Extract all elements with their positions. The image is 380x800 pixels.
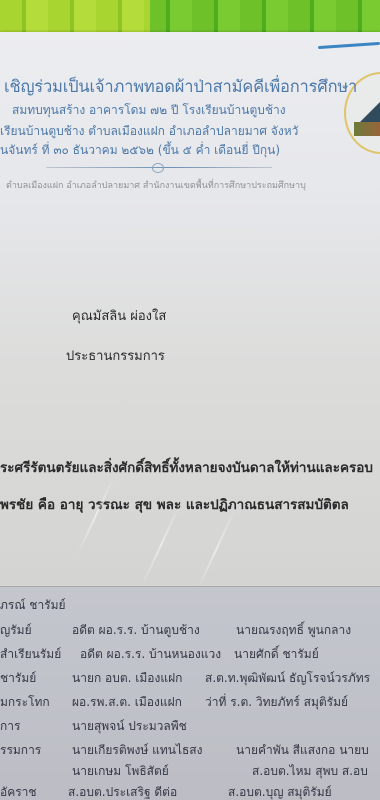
committee-cell: นายสุพจน์ ประมวลพืช (72, 717, 187, 736)
divider-ornament-icon (152, 163, 164, 173)
committee-row: การ นายสุพจน์ ประมวลพืช (0, 717, 380, 739)
committee-cell: นายเกียรติพงษ์ แทนไธสง (72, 741, 203, 760)
invitation-date: นจันทร์ ที่ ๓๐ ธันวาคม ๒๕๖๒ (ขึ้น ๕ ค่ำ … (0, 141, 280, 160)
committee-cell: อัคราช (0, 783, 37, 800)
committee-row: รรมการ นายเกียรติพงษ์ แทนไธสง นายคำพัน ส… (0, 741, 380, 763)
committee-cell: ว่าที่ ร.ต. วิทยภัทร์ สมุติรัมย์ (205, 693, 348, 712)
committee-row: นายเกษม โพธิสัตย์ ส.อบต.ไหม สุพบ ส.อบ (0, 762, 380, 784)
invitation-subtitle: สมทบทุนสร้าง อาคารโดม ๗๒ ปี โรงเรียนบ้าน… (12, 101, 286, 120)
committee-cell: การ (0, 717, 20, 736)
committee-cell: นายณรงฤทธิ์ พูนกลาง (236, 621, 351, 640)
committee-row: ภรณ์ ชารัมย์ (0, 596, 380, 618)
committee-cell: ส.อบต.ไหม สุพบ ส.อบ (252, 762, 368, 781)
committee-row: ชารัมย์ นายก อบต. เมืองแฝก ส.ต.ท.พุฒิพัฒ… (0, 669, 380, 691)
committee-cell: มกระโทก (0, 693, 50, 712)
committee-cell: ภรณ์ ชารัมย์ (0, 596, 66, 615)
blessing-line-1: ระศรีรัตนตรัยและสิ่งศักดิ์สิทธิ์ทั้งหลาย… (0, 456, 373, 478)
recipient-role: ประธานกรรมการ (66, 345, 165, 366)
invitation-title: เชิญร่วมเป็นเจ้าภาพทอดผ้าป่าสามัคคีเพื่อ… (4, 74, 357, 100)
committee-row: อัคราช ส.อบต.ประเสริฐ ดีต่อ ส.อบต.บุญ สม… (0, 783, 380, 800)
committee-row: มกระโทก ผอ.รพ.ส.ต. เมืองแฝก ว่าที่ ร.ต. … (0, 693, 380, 715)
committee-cell: ชารัมย์ (0, 669, 36, 688)
committee-cell: นายก อบต. เมืองแฝก (72, 669, 182, 688)
committee-cell: สำเรียนรัมย์ (0, 645, 61, 664)
committee-cell: นายเกษม โพธิสัตย์ (72, 762, 169, 781)
recipient-name: คุณมัสลิน ผ่องใส (72, 305, 166, 326)
address-footer: ตำบลเมืองแฝก อำเภอลำปลายมาศ สำนักงานเขตพ… (6, 178, 306, 192)
emblem-roof-shape (358, 84, 380, 124)
committee-cell: นายคำพัน สีแสงกอ นายบ (236, 741, 369, 760)
committee-cell: นายศักดิ์ ชารัมย์ (234, 645, 319, 664)
committee-cell: ส.อบต.บุญ สมุติรัมย์ (228, 783, 332, 800)
committee-cell: ผอ.รพ.ส.ต. เมืองแฝก (72, 693, 182, 712)
committee-cell: อดีต ผอ.ร.ร. บ้านหนองแวง (80, 645, 221, 664)
invitation-location: เรียนบ้านตูบช้าง ตำบลเมืองแฝก อำเภอลำปลา… (0, 122, 298, 141)
lime-fabric-background (0, 0, 150, 34)
emblem-band (354, 122, 380, 136)
committee-cell: ญรัมย์ (0, 621, 32, 640)
committee-row: ญรัมย์ อดีต ผอ.ร.ร. บ้านตูบช้าง นายณรงฤท… (0, 621, 380, 643)
committee-cell: ส.ต.ท.พุฒิพัฒน์ ธัญโรจน์วรภัทร (205, 669, 370, 688)
committee-cell: อดีต ผอ.ร.ร. บ้านตูบช้าง (72, 621, 200, 640)
committee-cell: ส.อบต.ประเสริฐ ดีต่อ (68, 783, 177, 800)
committee-row: สำเรียนรัมย์ อดีต ผอ.ร.ร. บ้านหนองแวง นา… (0, 645, 380, 667)
committee-cell: รรมการ (0, 741, 41, 760)
